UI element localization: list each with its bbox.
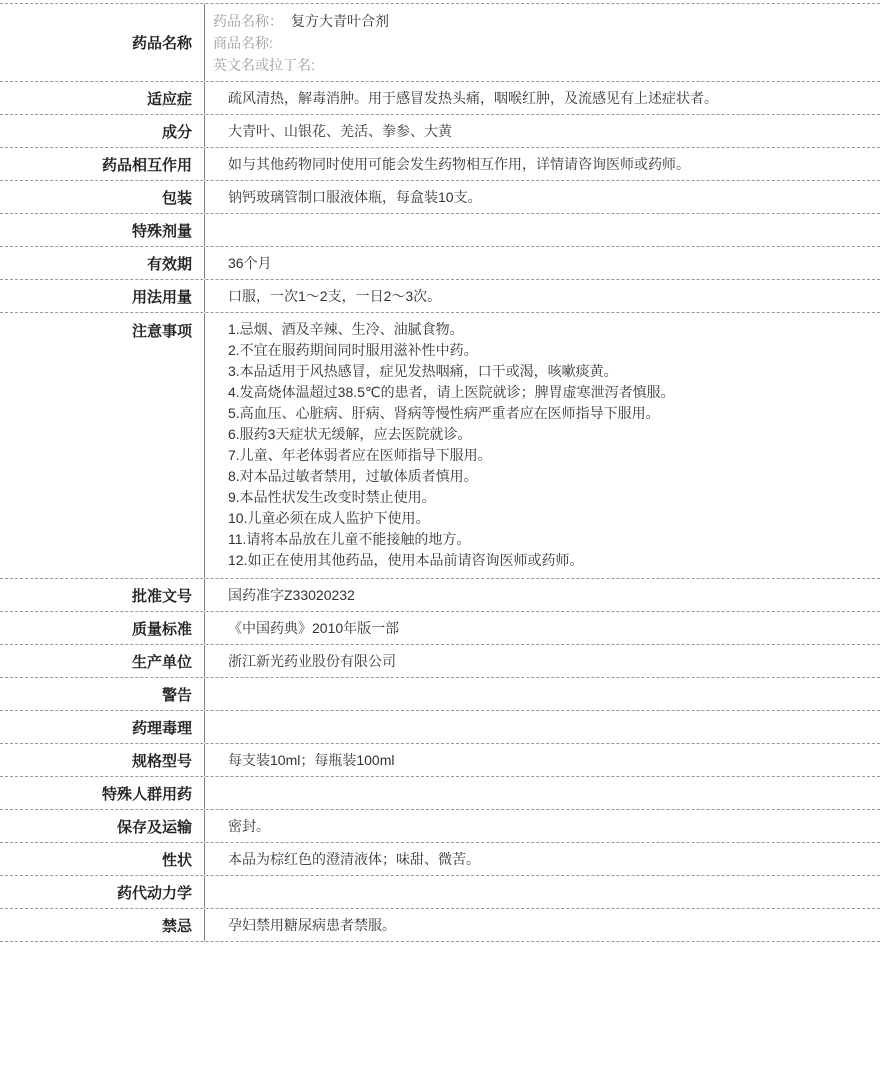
row-value-warning	[205, 678, 880, 710]
row-label-characteristics: 性状	[0, 843, 205, 875]
row-label-drug-name: 药品名称	[0, 4, 205, 81]
table-row-storage-transport: 保存及运输 密封。	[0, 809, 880, 842]
table-row-drug-interactions: 药品相互作用 如与其他药物同时使用可能会发生药物相互作用，详情请咨询医师或药师。	[0, 147, 880, 180]
table-row-precautions: 注意事项 1.忌烟、酒及辛辣、生冷、油腻食物。 2.不宜在服药期间同时服用滋补性…	[0, 312, 880, 578]
table-row-manufacturer: 生产单位 浙江新光药业股份有限公司	[0, 644, 880, 677]
table-row-warning: 警告	[0, 677, 880, 710]
table-row-special-populations: 特殊人群用药	[0, 776, 880, 809]
row-value-pharmacokinetics	[205, 876, 880, 908]
table-row-ingredients: 成分 大青叶、山银花、羌活、拳参、大黄	[0, 114, 880, 147]
row-value-characteristics: 本品为棕红色的澄清液体；味甜、微苦。	[205, 843, 880, 875]
table-row-shelf-life: 有效期 36个月	[0, 246, 880, 279]
row-label-indications: 适应症	[0, 82, 205, 114]
row-label-manufacturer: 生产单位	[0, 645, 205, 677]
row-label-drug-interactions: 药品相互作用	[0, 148, 205, 180]
row-label-special-dosage: 特殊剂量	[0, 214, 205, 246]
row-label-warning: 警告	[0, 678, 205, 710]
row-label-packaging: 包装	[0, 181, 205, 213]
table-row-specification: 规格型号 每支装10ml；每瓶装100ml	[0, 743, 880, 776]
row-label-specification: 规格型号	[0, 744, 205, 776]
row-value-specification: 每支装10ml；每瓶装100ml	[205, 744, 880, 776]
row-label-ingredients: 成分	[0, 115, 205, 147]
table-row-characteristics: 性状 本品为棕红色的澄清液体；味甜、微苦。	[0, 842, 880, 875]
row-value-quality-standard: 《中国药典》2010年版一部	[205, 612, 880, 644]
row-label-special-populations: 特殊人群用药	[0, 777, 205, 809]
row-label-storage-transport: 保存及运输	[0, 810, 205, 842]
table-row-pharmacokinetics: 药代动力学	[0, 875, 880, 908]
row-label-precautions: 注意事项	[0, 313, 205, 578]
row-value-dosage-usage: 口服，一次1～2支，一日2～3次。	[205, 280, 880, 312]
drug-info-table: 药品名称 药品名称：复方大青叶合剂 商品名称: 英文名或拉丁名: 适应症 疏风清…	[0, 3, 880, 942]
table-row-indications: 适应症 疏风清热，解毒消肿。用于感冒发热头痛，咽喉红肿，及流感见有上述症状者。	[0, 81, 880, 114]
table-row-quality-standard: 质量标准 《中国药典》2010年版一部	[0, 611, 880, 644]
row-value-drug-name: 药品名称：复方大青叶合剂 商品名称: 英文名或拉丁名:	[205, 4, 880, 81]
row-label-shelf-life: 有效期	[0, 247, 205, 279]
english-name-field-label: 英文名或拉丁名:	[213, 54, 315, 76]
row-value-special-dosage	[205, 214, 880, 246]
drug-info-page: 药品名称 药品名称：复方大青叶合剂 商品名称: 英文名或拉丁名: 适应症 疏风清…	[0, 0, 880, 1070]
row-value-contraindications: 孕妇禁用糖尿病患者禁服。	[205, 909, 880, 941]
table-row-special-dosage: 特殊剂量	[0, 213, 880, 246]
row-value-indications: 疏风清热，解毒消肿。用于感冒发热头痛，咽喉红肿，及流感见有上述症状者。	[205, 82, 880, 114]
row-label-quality-standard: 质量标准	[0, 612, 205, 644]
row-value-precautions: 1.忌烟、酒及辛辣、生冷、油腻食物。 2.不宜在服药期间同时服用滋补性中药。 3…	[205, 313, 880, 578]
row-value-approval-number: 国药准字Z33020232	[205, 579, 880, 611]
row-label-pharmacology-toxicology: 药理毒理	[0, 711, 205, 743]
row-label-contraindications: 禁忌	[0, 909, 205, 941]
drug-name-field-label: 药品名称：	[213, 13, 283, 29]
row-label-dosage-usage: 用法用量	[0, 280, 205, 312]
row-label-pharmacokinetics: 药代动力学	[0, 876, 205, 908]
table-row-contraindications: 禁忌 孕妇禁用糖尿病患者禁服。	[0, 908, 880, 941]
row-value-ingredients: 大青叶、山银花、羌活、拳参、大黄	[205, 115, 880, 147]
row-value-drug-interactions: 如与其他药物同时使用可能会发生药物相互作用，详情请咨询医师或药师。	[205, 148, 880, 180]
row-value-special-populations	[205, 777, 880, 809]
table-row-pharmacology-toxicology: 药理毒理	[0, 710, 880, 743]
trade-name-field-label: 商品名称:	[213, 32, 273, 54]
drug-name-value: 复方大青叶合剂	[291, 13, 389, 29]
drug-name-line: 药品名称：复方大青叶合剂	[213, 10, 389, 32]
row-value-shelf-life: 36个月	[205, 247, 880, 279]
table-row-dosage-usage: 用法用量 口服，一次1～2支，一日2～3次。	[0, 279, 880, 312]
table-row-packaging: 包装 钠钙玻璃管制口服液体瓶，每盒装10支。	[0, 180, 880, 213]
table-row-drug-name: 药品名称 药品名称：复方大青叶合剂 商品名称: 英文名或拉丁名:	[0, 3, 880, 81]
row-value-pharmacology-toxicology	[205, 711, 880, 743]
row-label-approval-number: 批准文号	[0, 579, 205, 611]
row-value-packaging: 钠钙玻璃管制口服液体瓶，每盒装10支。	[205, 181, 880, 213]
row-value-manufacturer: 浙江新光药业股份有限公司	[205, 645, 880, 677]
row-value-storage-transport: 密封。	[205, 810, 880, 842]
table-row-approval-number: 批准文号 国药准字Z33020232	[0, 578, 880, 611]
